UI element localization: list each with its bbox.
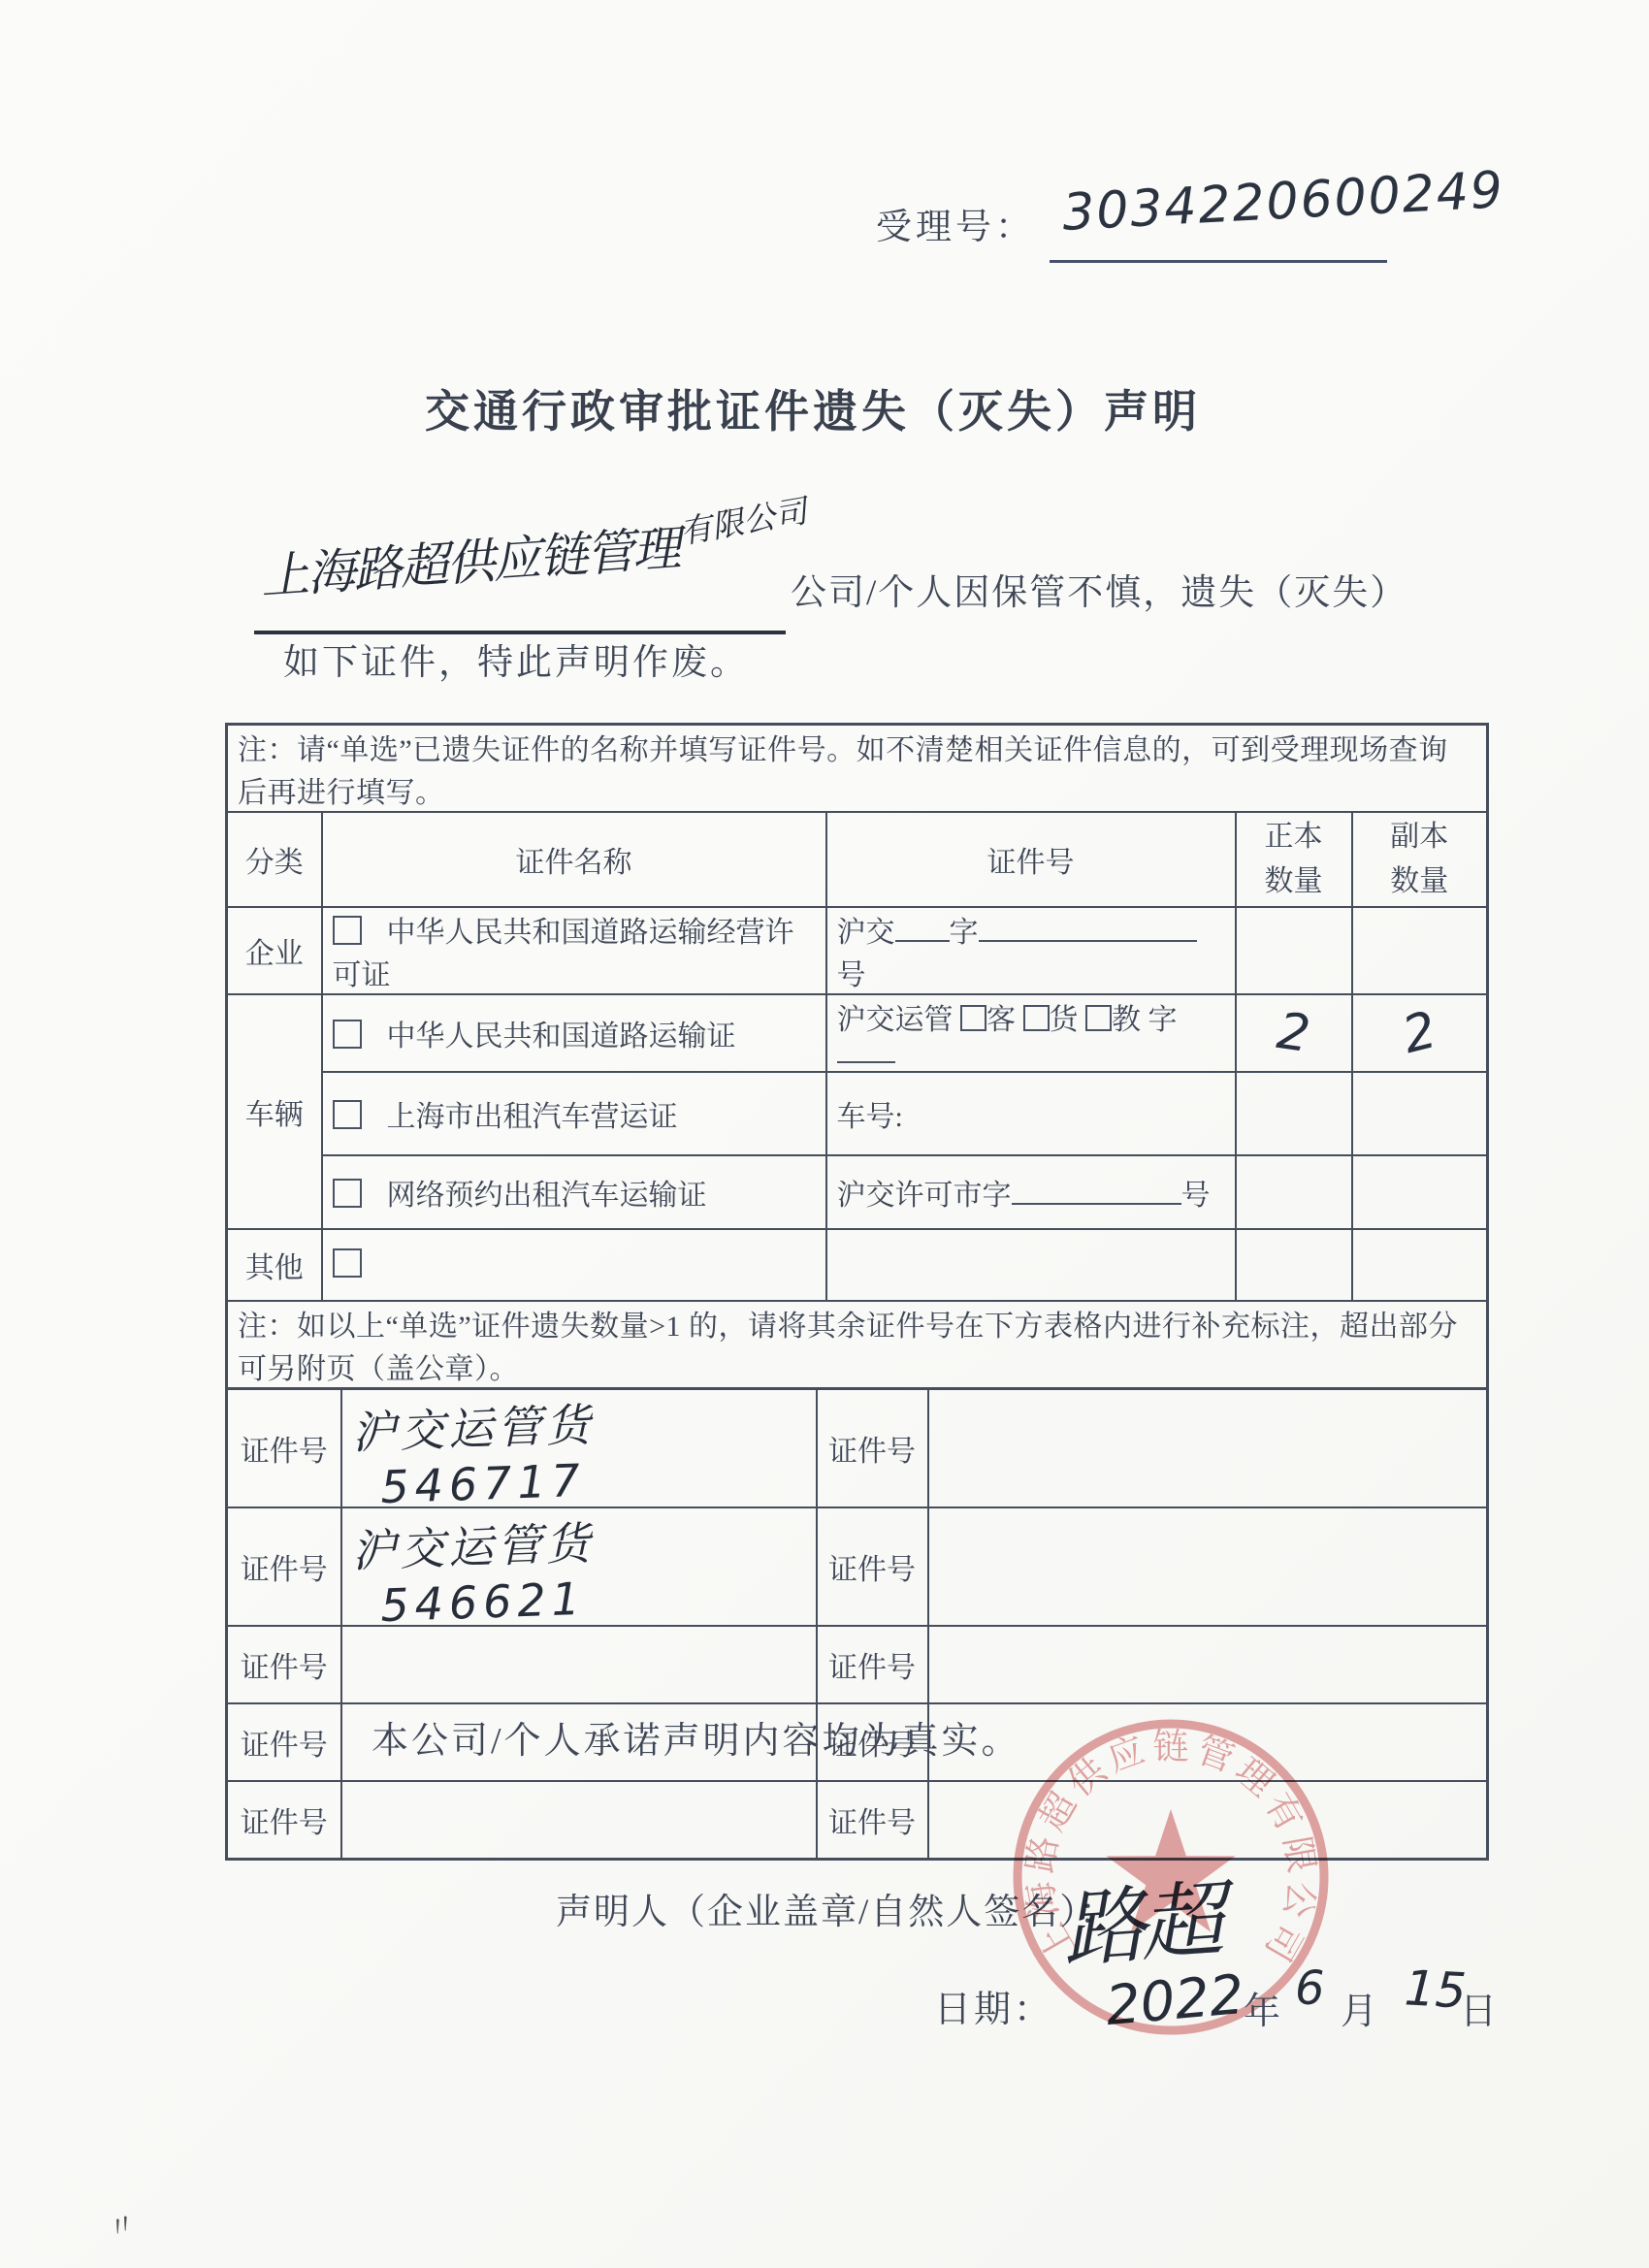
- row-road-transport-copy-qty: 2: [1352, 994, 1488, 1072]
- checkbox-other: [333, 1248, 362, 1278]
- extra-row-1-right-value: [928, 1389, 1488, 1508]
- row-online-taxi-name: 网络预约出租汽车运输证: [387, 1180, 707, 1212]
- header-cert-number: 证件号: [826, 812, 1236, 907]
- header-original-line1: 正本: [1265, 821, 1323, 853]
- acceptance-number-underline: [1050, 260, 1387, 263]
- row-online-taxi-name-cell: 网络预约出租汽车运输证: [322, 1155, 826, 1229]
- signature-handwritten: 路超: [1058, 1853, 1221, 1984]
- option-passenger-label: 客: [986, 1004, 1016, 1036]
- intro-text-line2: 如下证件，特此声明作废。: [283, 632, 749, 685]
- option-training-label: 教: [1112, 1004, 1141, 1036]
- extra-row-2: 证件号 沪交运管货546621 证件号: [227, 1507, 1488, 1626]
- row-other-name-cell: [322, 1229, 826, 1301]
- row-enterprise-name-cell: 中华人民共和国道路运输经营许可证: [322, 907, 826, 994]
- acceptance-number-label: 受理号：: [876, 197, 1035, 249]
- enterprise-no-prefix: 沪交: [837, 917, 895, 949]
- row-enterprise-name: 中华人民共和国道路运输经营许可证: [333, 917, 794, 991]
- row-other-number-cell: [826, 1229, 1236, 1301]
- taxi-no-prefix: 车号:: [837, 1101, 903, 1133]
- svg-text:公: 公: [1276, 1878, 1321, 1921]
- row-taxi-name-cell: 上海市出租汽车营运证: [322, 1072, 826, 1155]
- extra-row-3-left-value: [341, 1626, 817, 1703]
- road-transport-no-blank: [837, 1055, 895, 1063]
- cert-no-label: 证件号: [817, 1781, 928, 1859]
- extra-cert-1-number: 546717: [379, 1454, 586, 1507]
- header-copy-line1: 副本: [1390, 821, 1448, 853]
- date-year-char: 年: [1244, 1981, 1280, 2034]
- row-online-taxi-copy-qty: [1352, 1155, 1488, 1229]
- row-taxi-name: 上海市出租汽车营运证: [387, 1101, 678, 1133]
- company-name-handwritten: 上海路超供应链管理: [258, 509, 681, 608]
- row-enterprise-original-qty: [1236, 907, 1352, 994]
- date-label: 日期：: [934, 1979, 1053, 2032]
- scanned-declaration-form: 受理号： 3034220600249 交通行政审批证件遗失（灭失）声明 上海路超…: [0, 0, 1649, 2268]
- row-enterprise-copy-qty: [1352, 907, 1488, 994]
- checkbox-taxi-cert: [333, 1100, 362, 1129]
- date-year-handwritten: 2022: [1103, 1963, 1246, 2038]
- table-note-1: 注：请“单选”已遗失证件的名称并填写证件号。如不清楚相关证件信息的，可到受理现场…: [227, 725, 1488, 813]
- row-road-transport-number-cell: 沪交运管 客 货 教 字: [826, 994, 1236, 1072]
- extra-row-2-left-value: 沪交运管货546621: [341, 1507, 817, 1626]
- svg-text:链: 链: [1153, 1728, 1189, 1767]
- extra-cert-2-handwritten: 沪交运管货546621: [350, 1507, 808, 1626]
- certificate-main-table: 注：请“单选”已遗失证件的名称并填写证件号。如不清楚相关证件信息的，可到受理现场…: [225, 723, 1489, 1390]
- enterprise-no-blank2: [979, 934, 1197, 942]
- cert-no-label: 证件号: [227, 1507, 341, 1626]
- row-vehicle-category: 车辆: [227, 994, 322, 1229]
- row-road-transport-name-cell: 中华人民共和国道路运输证: [322, 994, 826, 1072]
- cert-no-label: 证件号: [817, 1626, 928, 1703]
- scan-corner-mark: 〃: [100, 2198, 142, 2249]
- online-taxi-no-blank: [1012, 1197, 1181, 1205]
- row-taxi-copy-qty: [1352, 1072, 1488, 1155]
- acceptance-number-handwritten: 3034220600249: [1061, 161, 1506, 243]
- checkbox-road-transport-cert: [333, 1020, 362, 1049]
- extra-row-5-left-value: [341, 1781, 817, 1859]
- header-category: 分类: [227, 812, 322, 907]
- cert-no-label: 证件号: [227, 1781, 341, 1859]
- enterprise-no-mid: 字: [950, 917, 979, 949]
- road-transport-no-prefix: 沪交运管: [837, 1004, 954, 1036]
- cert-no-label: 证件号: [817, 1507, 928, 1626]
- option-freight-label: 货: [1050, 1004, 1079, 1036]
- header-original-qty: 正本数量: [1236, 812, 1352, 907]
- extra-cert-1-text: 沪交运管货: [350, 1398, 595, 1459]
- enterprise-no-blank1: [895, 934, 950, 942]
- checkbox-training: [1085, 1005, 1112, 1031]
- date-day-handwritten: 15: [1404, 1960, 1469, 2019]
- table-note-2: 注：如以上“单选”证件遗失数量>1 的，请将其余证件号在下方表格内进行补充标注，…: [227, 1301, 1488, 1389]
- row-road-transport-original-qty: 2: [1236, 994, 1352, 1072]
- row-other-category: 其他: [227, 1229, 322, 1301]
- extra-row-1-left-value: 沪交运管货546717: [341, 1389, 817, 1508]
- date-month-char: 月: [1341, 1981, 1377, 2034]
- date-month-handwritten: 6: [1295, 1961, 1325, 2016]
- promise-statement: 本公司/个人承诺声明内容均为真实。: [372, 1710, 1021, 1764]
- header-copy-line2: 数量: [1390, 865, 1448, 897]
- cert-no-label: 证件号: [817, 1389, 928, 1508]
- checkbox-freight: [1023, 1005, 1050, 1031]
- extra-row-2-right-value: [928, 1507, 1488, 1626]
- intro-text-line1: 公司/个人因保管不慎，遗失（灭失）: [791, 563, 1407, 615]
- checkbox-passenger: [960, 1005, 986, 1031]
- company-name-insert-handwritten: 有限公司: [676, 486, 810, 553]
- checkbox-enterprise-license: [333, 916, 362, 945]
- row-online-taxi-number-cell: 沪交许可市字号: [826, 1155, 1236, 1229]
- row-taxi-number-cell: 车号:: [826, 1072, 1236, 1155]
- page-title: 交通行政审批证件遗失（灭失）声明: [425, 376, 1201, 440]
- extra-cert-2-number: 546621: [379, 1572, 586, 1626]
- copy-qty-handwritten: 2: [1397, 1001, 1442, 1065]
- header-copy-qty: 副本数量: [1352, 812, 1488, 907]
- row-enterprise-category: 企业: [227, 907, 322, 994]
- row-taxi-original-qty: [1236, 1072, 1352, 1155]
- checkbox-online-taxi-cert: [333, 1179, 362, 1208]
- svg-text:限: 限: [1276, 1833, 1321, 1876]
- road-transport-no-mid: 字: [1148, 1004, 1178, 1036]
- row-other-original-qty: [1236, 1229, 1352, 1301]
- cert-no-label: 证件号: [227, 1703, 341, 1781]
- row-online-taxi-original-qty: [1236, 1155, 1352, 1229]
- extra-row-1: 证件号 沪交运管货546717 证件号: [227, 1389, 1488, 1508]
- cert-no-label: 证件号: [227, 1389, 341, 1508]
- date-day-char: 日: [1460, 1981, 1497, 2034]
- original-qty-handwritten: 2: [1274, 1002, 1313, 1064]
- online-taxi-no-prefix: 沪交许可市字: [837, 1180, 1012, 1212]
- cert-no-label: 证件号: [227, 1626, 341, 1703]
- row-other-copy-qty: [1352, 1229, 1488, 1301]
- enterprise-no-suffix: 号: [837, 959, 866, 991]
- row-enterprise-number-cell: 沪交字号: [826, 907, 1236, 994]
- extra-cert-1-handwritten: 沪交运管货546717: [350, 1389, 808, 1508]
- extra-cert-2-text: 沪交运管货: [350, 1516, 595, 1577]
- online-taxi-no-suffix: 号: [1181, 1180, 1211, 1212]
- header-cert-name: 证件名称: [322, 812, 826, 907]
- header-original-line2: 数量: [1265, 865, 1323, 897]
- row-road-transport-name: 中华人民共和国道路运输证: [387, 1021, 736, 1053]
